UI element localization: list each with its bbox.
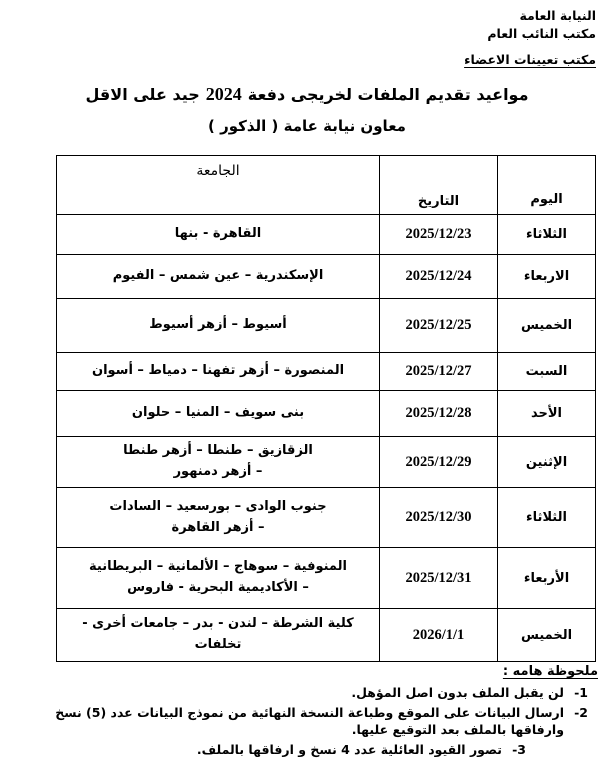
note-text: ارسال البيانات على الموقع وطباعة النسخة … xyxy=(4,704,564,739)
date-value: 2025/12/25 xyxy=(405,317,471,333)
schedule-row: الخميس 2025/12/25 أسيوط – أزهر أسيوط xyxy=(57,299,596,353)
date-cell: 2025/12/31 xyxy=(380,548,498,609)
day-cell: الخميس xyxy=(498,299,596,353)
date-column-header: التاريخ xyxy=(380,156,498,215)
note-text: تصور القيود العائلية عدد 4 نسخ و ارفاقها… xyxy=(4,741,502,759)
notes-heading: ملحوظة هامه : xyxy=(0,664,598,679)
title-year: 2024 xyxy=(206,84,242,105)
note-number: 1- xyxy=(564,684,588,702)
schedule-table: اليوم التاريخ الجامعة الثلاثاء 2025/12/2… xyxy=(56,155,596,662)
letterhead: النيابة العامة مكتب النائب العام مكتب تع… xyxy=(464,7,596,69)
date-value: 2025/12/27 xyxy=(405,363,471,379)
document-subtitle: معاون نيابة عامة ( الذكور ) xyxy=(0,117,614,135)
schedule-row: الأربعاء 2025/12/31 المنوفية – سوهاج – ا… xyxy=(57,548,596,609)
date-cell: 2025/12/30 xyxy=(380,488,498,548)
title-pre: مواعيد تقديم الملفات لخريجى دفعة xyxy=(248,85,529,104)
date-value: 2025/12/23 xyxy=(405,226,471,242)
day-column-header: اليوم xyxy=(498,156,596,215)
schedule-row: السبت 2025/12/27 المنصورة – أزهر تفهنا –… xyxy=(57,353,596,391)
university-cell: الزقازيق – طنطا – أزهر طنطا – أزهر دمنهو… xyxy=(57,437,380,488)
letterhead-office: مكتب تعيينات الاعضاء xyxy=(464,51,596,69)
university-cell: أسيوط – أزهر أسيوط xyxy=(57,299,380,353)
date-value: 2026/1/1 xyxy=(413,627,465,643)
date-cell: 2025/12/23 xyxy=(380,215,498,255)
schedule-row: الأحد 2025/12/28 بنى سويف – المنيا – حلو… xyxy=(57,391,596,437)
letterhead-line-2: مكتب النائب العام xyxy=(464,25,596,43)
university-column-header: الجامعة xyxy=(57,156,380,215)
university-cell: كلية الشرطة – لندن - بدر – جامعات أخرى -… xyxy=(57,609,380,662)
document-page: النيابة العامة مكتب النائب العام مكتب تع… xyxy=(0,0,614,784)
date-value: 2025/12/29 xyxy=(405,454,471,470)
date-cell: 2025/12/24 xyxy=(380,255,498,299)
date-cell: 2025/12/28 xyxy=(380,391,498,437)
schedule-header-row: اليوم التاريخ الجامعة xyxy=(57,156,596,215)
schedule-row: الخميس 2026/1/1 كلية الشرطة – لندن - بدر… xyxy=(57,609,596,662)
schedule-row: الثلاثاء 2025/12/30 جنوب الوادى – بورسعي… xyxy=(57,488,596,548)
university-cell: بنى سويف – المنيا – حلوان xyxy=(57,391,380,437)
date-value: 2025/12/30 xyxy=(405,509,471,525)
note-number: 2- xyxy=(564,704,588,739)
schedule-table-body: الثلاثاء 2025/12/23 القاهرة - بنها الارب… xyxy=(57,215,596,662)
day-cell: الإثنين xyxy=(498,437,596,488)
title-post: جيد على الاقل xyxy=(86,85,200,104)
university-cell: الإسكندرية – عين شمس – الفيوم xyxy=(57,255,380,299)
document-title: مواعيد تقديم الملفات لخريجى دفعة 2024 جي… xyxy=(0,84,614,105)
date-cell: 2025/12/29 xyxy=(380,437,498,488)
day-cell: الخميس xyxy=(498,609,596,662)
schedule-row: الاربعاء 2025/12/24 الإسكندرية – عين شمس… xyxy=(57,255,596,299)
date-cell: 2025/12/27 xyxy=(380,353,498,391)
note-number: 3- xyxy=(502,741,526,759)
schedule-row: الثلاثاء 2025/12/23 القاهرة - بنها xyxy=(57,215,596,255)
university-cell: المنوفية – سوهاج – الألمانية – البريطاني… xyxy=(57,548,380,609)
day-cell: الثلاثاء xyxy=(498,215,596,255)
day-cell: الأحد xyxy=(498,391,596,437)
university-cell: جنوب الوادى – بورسعيد – السادات – أزهر ا… xyxy=(57,488,380,548)
note-text: لن يقبل الملف بدون اصل المؤهل. xyxy=(4,684,564,702)
date-cell: 2026/1/1 xyxy=(380,609,498,662)
schedule-row: الإثنين 2025/12/29 الزقازيق – طنطا – أزه… xyxy=(57,437,596,488)
letterhead-line-1: النيابة العامة xyxy=(464,7,596,25)
note-item: 3- تصور القيود العائلية عدد 4 نسخ و ارفا… xyxy=(4,741,526,759)
notes-section: ملحوظة هامه : 1- لن يقبل الملف بدون اصل … xyxy=(0,664,614,760)
date-value: 2025/12/28 xyxy=(405,405,471,421)
university-cell: المنصورة – أزهر تفهنا – دمياط – أسوان xyxy=(57,353,380,391)
day-cell: السبت xyxy=(498,353,596,391)
date-cell: 2025/12/25 xyxy=(380,299,498,353)
day-cell: الأربعاء xyxy=(498,548,596,609)
note-item: 2- ارسال البيانات على الموقع وطباعة النس… xyxy=(4,704,588,739)
day-cell: الثلاثاء xyxy=(498,488,596,548)
notes-list: 1- لن يقبل الملف بدون اصل المؤهل. 2- ارس… xyxy=(0,684,614,758)
day-cell: الاربعاء xyxy=(498,255,596,299)
university-cell: القاهرة - بنها xyxy=(57,215,380,255)
date-value: 2025/12/31 xyxy=(405,570,471,586)
note-item: 1- لن يقبل الملف بدون اصل المؤهل. xyxy=(4,684,588,702)
date-value: 2025/12/24 xyxy=(405,268,471,284)
